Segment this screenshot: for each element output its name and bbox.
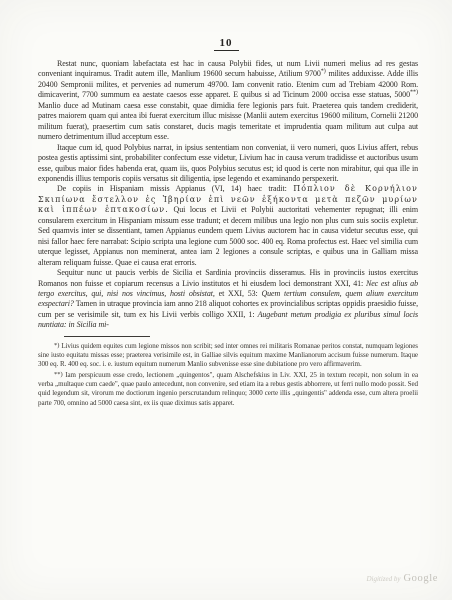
text-segment: De copiis in Hispaniam missis Appianus (… <box>57 184 293 193</box>
watermark-prefix-text: Digitized by <box>366 575 400 583</box>
footnote-text: Livius quidem equites cum legione missos… <box>38 342 418 369</box>
text-segment: et XXI, 53: <box>215 289 262 298</box>
footnote-text: Iam perspicuum esse credo, lectionem „qu… <box>38 371 418 407</box>
paragraph-2: Itaque cum id, quod Polybius narrat, in … <box>38 143 418 185</box>
page-number: 10 <box>214 37 239 51</box>
text-segment: Qui locus et Livii et Polybii auctoritat… <box>38 205 418 266</box>
text-segment: Sequitur nunc ut paucis verbis de Sicili… <box>38 268 418 287</box>
text-segment-sup: **) <box>410 90 418 96</box>
paragraph-3: De copiis in Hispaniam missis Appianus (… <box>38 184 418 268</box>
footnotes-section: *) Livius quidem equites cum legione mis… <box>38 341 418 408</box>
text-segment: Itaque cum id, quod Polybius narrat, in … <box>38 143 418 183</box>
scanned-book-page: 10 Restat nunc, quoniam labefactata est … <box>0 0 452 600</box>
watermark-brand-text: Google <box>403 573 438 584</box>
footnote-2: **) Iam perspicuum esse credo, lectionem… <box>38 370 418 408</box>
body-text: Restat nunc, quoniam labefactata est hac… <box>38 59 418 331</box>
paragraph-4: Sequitur nunc ut paucis verbis de Sicili… <box>38 268 418 331</box>
text-segment: Manlio duce ad Mutinam caesa esse consta… <box>38 101 418 141</box>
footnote-separator-rule <box>64 336 150 337</box>
google-watermark: Digitized byGoogle <box>366 573 438 584</box>
page-header: 10 <box>0 0 452 51</box>
footnote-1: *) Livius quidem equites cum legione mis… <box>38 341 418 370</box>
paragraph-1: Restat nunc, quoniam labefactata est hac… <box>38 59 418 143</box>
footnote-marker: **) <box>54 371 63 378</box>
